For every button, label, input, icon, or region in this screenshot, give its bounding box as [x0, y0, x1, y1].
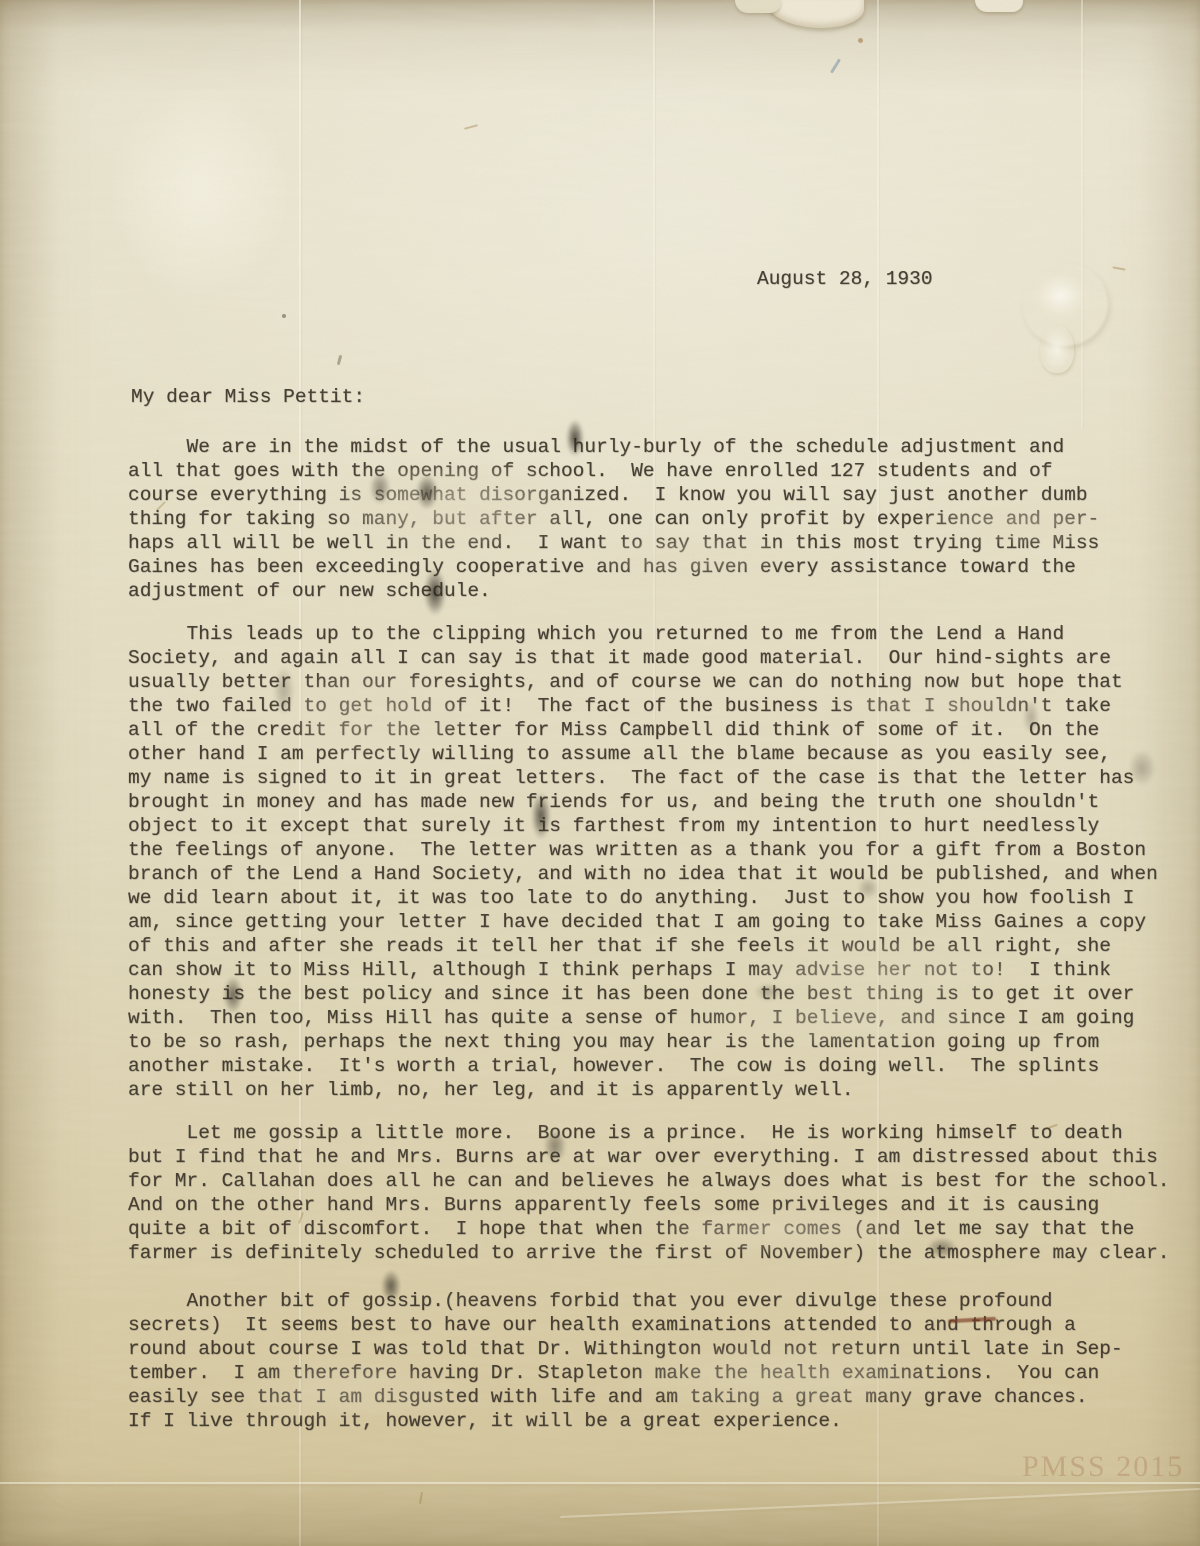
paper-fiber: [858, 38, 863, 43]
paper-fiber: [830, 58, 841, 73]
corner-crease-highlight: [85, 55, 315, 325]
letter-paragraph-3: Let me gossip a little more. Boone is a …: [128, 1121, 1200, 1265]
torn-edge-notch-small: [975, 0, 1023, 12]
vertical-crease: [653, 0, 655, 720]
embossed-water-drip: [1040, 325, 1074, 373]
paper-fiber: [337, 355, 342, 365]
horizontal-crease: [0, 1482, 1200, 1484]
letter-paragraph-1: We are in the midst of the usual hurly-b…: [128, 435, 1200, 603]
paper-fiber: [464, 124, 478, 130]
vertical-crease: [1081, 0, 1083, 430]
paper-fiber: [419, 1492, 423, 1504]
paper-fiber: [1112, 266, 1125, 270]
embossed-water-spot: [1022, 262, 1108, 346]
torn-edge-notch: [768, 0, 864, 28]
letter-date: August 28, 1930: [757, 267, 933, 291]
letter-paragraph-2: This leads up to the clipping which you …: [128, 622, 1200, 1102]
torn-edge-flap: [735, 0, 781, 13]
horizontal-crease-diagonal: [560, 1488, 1199, 1518]
letter-salutation: My dear Miss Pettit:: [131, 385, 365, 409]
letter-page: August 28, 1930 My dear Miss Pettit: We …: [0, 0, 1200, 1546]
paper-fiber: [282, 314, 286, 318]
letter-paragraph-4: Another bit of gossip.(heavens forbid th…: [128, 1289, 1200, 1433]
watermark: PMSS 2015: [1022, 1450, 1184, 1484]
